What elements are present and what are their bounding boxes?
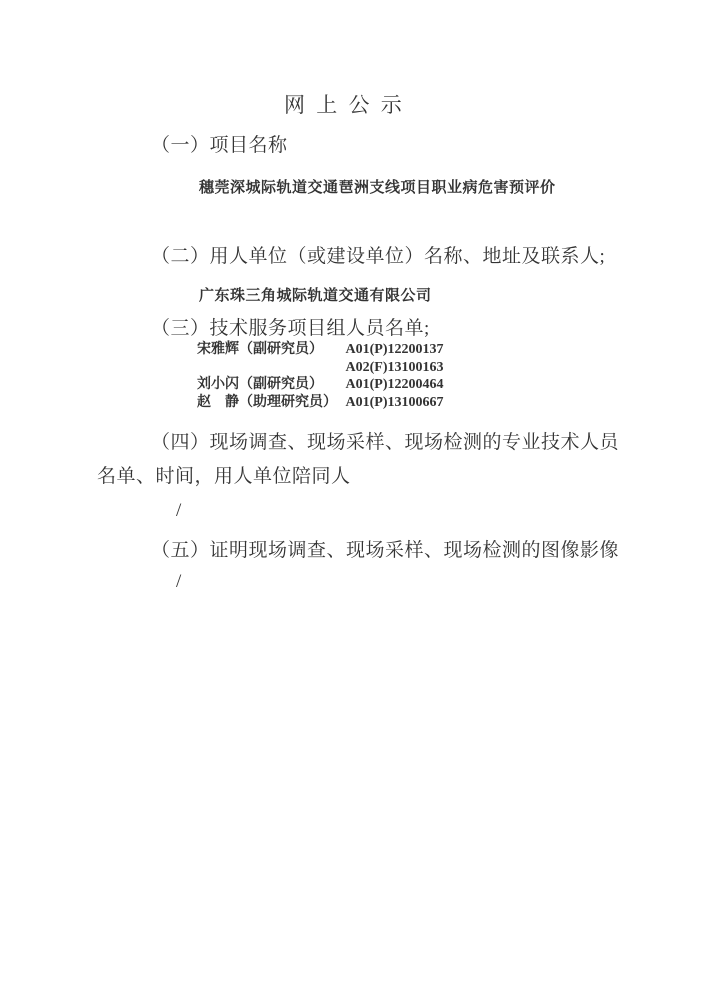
personnel-code: A02(F)13100163 [346,359,444,377]
personnel-row: 宋雅辉（副研究员） A01(P)12200137 [197,341,444,359]
personnel-name: 赵 静（助理研究员） [197,394,342,412]
section-5-heading: （五）证明现场调查、现场采样、现场检测的图像影像 [151,535,619,562]
section-1-heading: （一）项目名称 [151,130,288,157]
personnel-name: 宋雅辉（副研究员） [197,341,342,359]
project-name: 穗莞深城际轨道交通琶洲支线项目职业病危害预评价 [199,176,556,197]
section-4-heading-line1: （四）现场调查、现场采样、现场检测的专业技术人员 [151,427,619,454]
personnel-row: A02(F)13100163 [197,359,444,377]
personnel-row: 刘小闪（副研究员） A01(P)12200464 [197,376,444,394]
personnel-name: 刘小闪（副研究员） [197,376,342,394]
section-2-heading: （二）用人单位（或建设单位）名称、地址及联系人; [151,241,605,268]
section-4-heading-line2: 名单、时间，用人单位陪同人 [97,461,351,488]
section-5-placeholder: / [176,571,181,593]
page-title: 网 上 公 示 [284,89,405,119]
company-name: 广东珠三角城际轨道交通有限公司 [199,284,432,305]
personnel-code: A01(P)12200137 [346,341,444,359]
personnel-code: A01(P)12200464 [346,376,444,394]
document-page: 网 上 公 示 （一）项目名称 穗莞深城际轨道交通琶洲支线项目职业病危害预评价 … [0,0,707,1000]
section-4-placeholder: / [176,500,181,522]
personnel-code: A01(P)13100667 [346,394,444,412]
personnel-list: 宋雅辉（副研究员） A01(P)12200137 A02(F)13100163 … [197,341,444,411]
section-3-heading: （三）技术服务项目组人员名单; [151,313,430,340]
personnel-row: 赵 静（助理研究员） A01(P)13100667 [197,394,444,412]
